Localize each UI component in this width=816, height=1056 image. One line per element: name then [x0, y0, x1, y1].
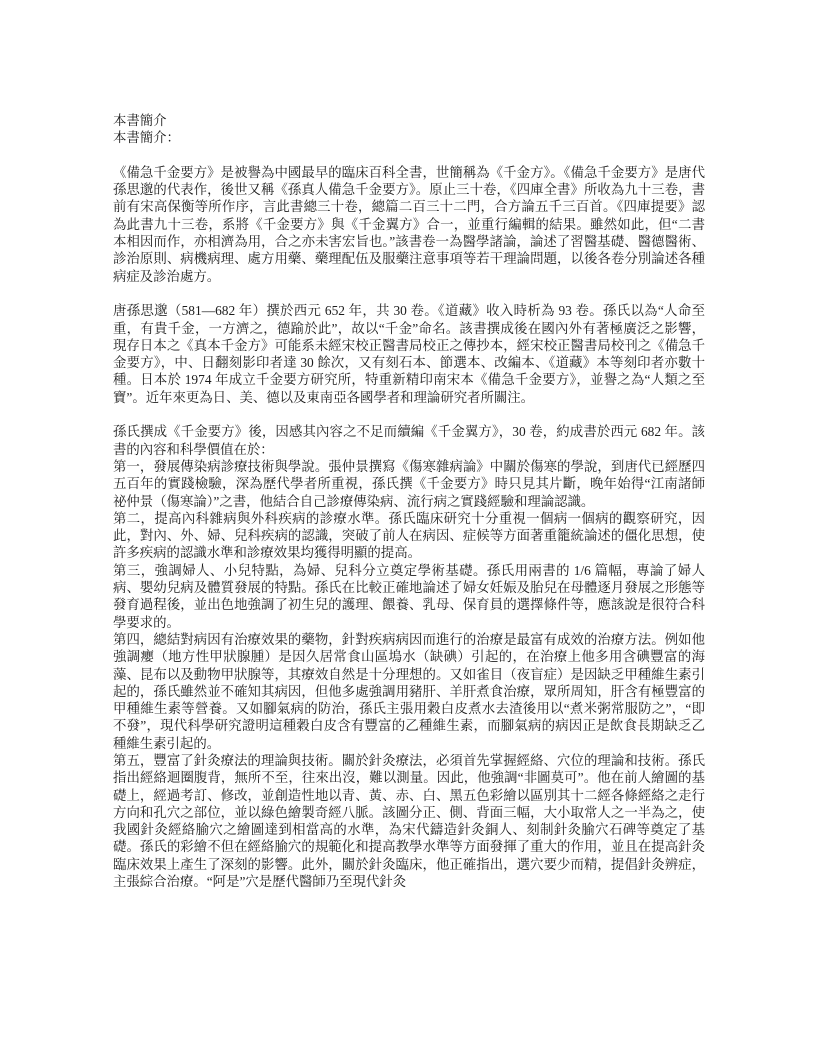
document-body: 本書簡介 本書簡介： 《備急千金要方》是被譽為中國最早的臨床百科全書，世簡稱為《…	[113, 112, 705, 890]
paragraph-book-overview: 《備急千金要方》是被譽為中國最早的臨床百科全書，世簡稱為《千金方》。《備急千金要…	[113, 164, 705, 285]
paragraph-point-four: 第四，總結對病因有治療效果的藥物，針對疾病病因而進行的治療是最富有成效的治療方法…	[113, 631, 705, 752]
document-subheading: 本書簡介：	[113, 129, 705, 146]
paragraph-point-five: 第五，豐富了針灸療法的理論與技術。關於針灸療法，必須首先掌握經絡、穴位的理論和技…	[113, 752, 705, 890]
paragraph-point-one: 第一，發展傳染病診療技術與學說。張仲景撰寫《傷寒雜病論》中關於傷寒的學說，到唐代…	[113, 458, 705, 510]
document-page: 本書簡介 本書簡介： 《備急千金要方》是被譽為中國最早的臨床百科全書，世簡稱為《…	[0, 0, 816, 1056]
paragraph-author-history: 唐孫思邈（581—682 年）撰於西元 652 年，共 30 卷。《道藏》收入時…	[113, 302, 705, 406]
paragraph-point-three: 第三，強調婦人、小兒特點，為婦、兒科分立奠定學術基礎。孫氏用兩書的 1/6 篇幅…	[113, 562, 705, 631]
paragraph-sequel-intro: 孫氏撰成《千金要方》後，因感其內容之不足而續編《千金翼方》，30 卷，約成書於西…	[113, 423, 705, 458]
document-heading: 本書簡介	[113, 112, 705, 129]
paragraph-point-two: 第二，提高內科雜病與外科疾病的診療水準。孫氏臨床研究十分重視一個病一個病的觀察研…	[113, 510, 705, 562]
